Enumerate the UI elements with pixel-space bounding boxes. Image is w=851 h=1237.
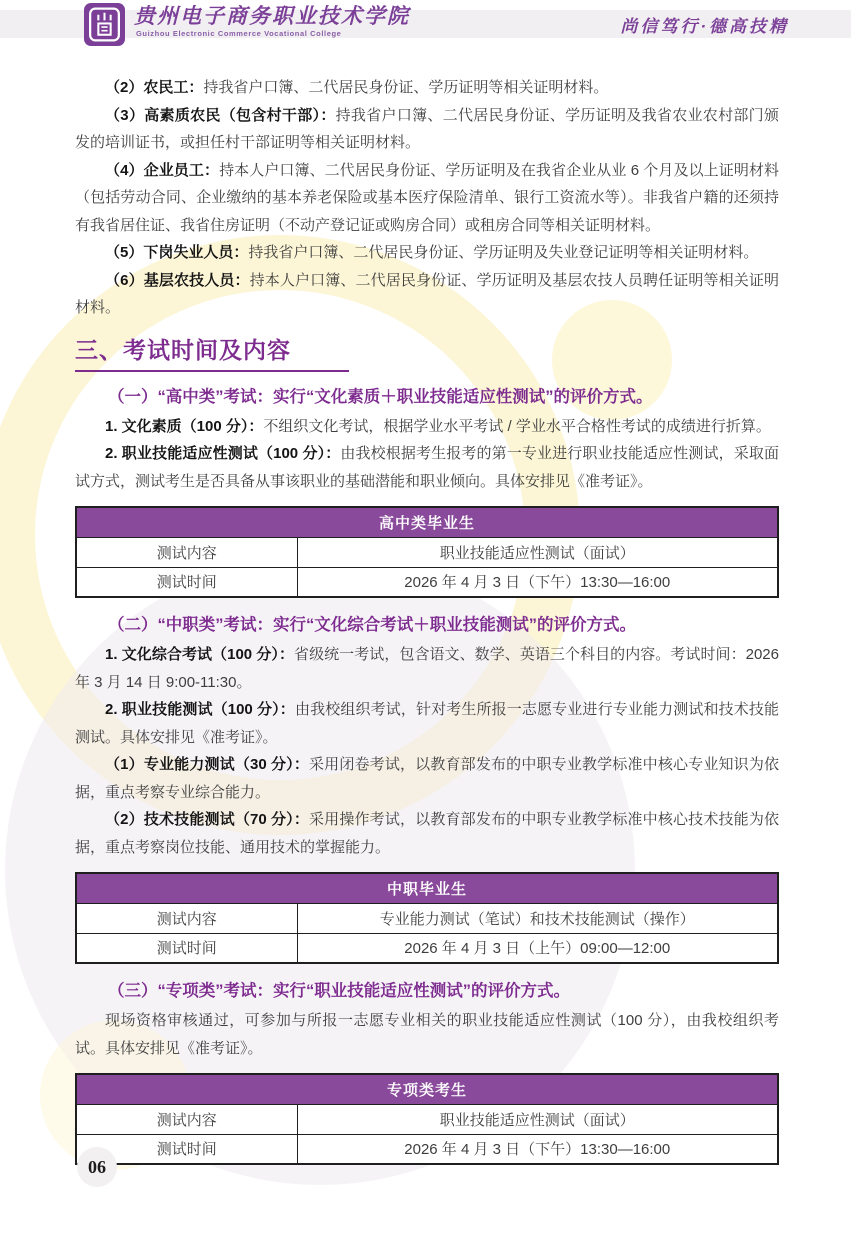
row-label-test-content: 测试内容 xyxy=(76,537,297,567)
sub2-paragraph-2-label: 2. 职业技能测试（100 分）： xyxy=(105,701,295,718)
document-page: 贵州电子商务职业技术学院 Guizhou Electronic Commerce… xyxy=(0,0,851,1237)
sub2-paragraph-1: 1. 文化综合考试（100 分）：省级统一考试，包含语文、数学、英语三个科目的内… xyxy=(75,641,779,696)
row-value-test-time: 2026 年 4 月 3 日（上午）09:00—12:00 xyxy=(297,933,778,963)
requirement-item-5: （5）下岗失业人员：持我省户口簿、二代居民身份证、学历证明及失业登记证明等相关证… xyxy=(75,239,779,267)
exam-table-senior-high-title: 高中类毕业生 xyxy=(76,507,778,537)
exam-table-special: 专项类考生 测试内容 职业技能适应性测试（面试） 测试时间 2026 年 4 月… xyxy=(75,1073,779,1165)
college-name-cn: 贵州电子商务职业技术学院 xyxy=(134,5,410,29)
table-row: 测试时间 2026 年 4 月 3 日（下午）13:30—16:00 xyxy=(76,1134,778,1164)
requirement-item-2-label: （2）农民工： xyxy=(105,79,203,96)
page-number-badge: 06 xyxy=(77,1147,117,1187)
sub2-paragraph-4: （2）技术技能测试（70 分）：采用操作考试，以教育部发布的中职专业教学标准中核… xyxy=(75,806,779,861)
college-identity: 贵州电子商务职业技术学院 Guizhou Electronic Commerce… xyxy=(134,5,410,39)
requirement-item-2-text: 持我省户口簿、二代居民身份证、学历证明等相关证明材料。 xyxy=(203,79,608,96)
document-body: （2）农民工：持我省户口簿、二代居民身份证、学历证明等相关证明材料。 （3）高素… xyxy=(75,74,779,1171)
sub2-paragraph-3-label: （1）专业能力测试（30 分）： xyxy=(105,756,309,773)
subsection-3-heading: （三）“专项类”考试：实行“职业技能适应性测试”的评价方式。 xyxy=(75,979,779,1003)
table-row: 测试内容 职业技能适应性测试（面试） xyxy=(76,1104,778,1134)
row-label-test-content: 测试内容 xyxy=(76,1104,297,1134)
sub2-paragraph-3: （1）专业能力测试（30 分）：采用闭卷考试，以教育部发布的中职专业教学标准中核… xyxy=(75,751,779,806)
exam-table-secondary-vocational: 中职毕业生 测试内容 专业能力测试（笔试）和技术技能测试（操作） 测试时间 20… xyxy=(75,872,779,964)
sub1-paragraph-2-label: 2. 职业技能适应性测试（100 分）： xyxy=(105,445,340,462)
subsection-1-heading: （一）“高中类”考试：实行“文化素质＋职业技能适应性测试”的评价方式。 xyxy=(75,385,779,409)
table-row: 测试内容 职业技能适应性测试（面试） xyxy=(76,537,778,567)
requirement-item-3-label: （3）高素质农民（包含村干部）： xyxy=(105,107,336,124)
row-value-test-content: 职业技能适应性测试（面试） xyxy=(297,1104,778,1134)
sub1-paragraph-1-label: 1. 文化素质（100 分）： xyxy=(105,418,263,435)
requirement-item-3: （3）高素质农民（包含村干部）：持我省户口簿、二代居民身份证、学历证明及我省农业… xyxy=(75,102,779,157)
sub1-paragraph-1: 1. 文化素质（100 分）：不组织文化考试，根据学业水平考试 / 学业水平合格… xyxy=(75,413,779,441)
requirement-item-2: （2）农民工：持我省户口簿、二代居民身份证、学历证明等相关证明材料。 xyxy=(75,74,779,102)
table-row: 测试内容 专业能力测试（笔试）和技术技能测试（操作） xyxy=(76,903,778,933)
requirement-item-6-label: （6）基层农技人员： xyxy=(105,272,250,289)
table-row: 测试时间 2026 年 4 月 3 日（下午）13:30—16:00 xyxy=(76,567,778,597)
sub1-paragraph-1-text: 不组织文化考试，根据学业水平考试 / 学业水平合格性考试的成绩进行折算。 xyxy=(263,418,771,435)
subsection-2-heading: （二）“中职类”考试：实行“文化综合考试＋职业技能测试”的评价方式。 xyxy=(75,613,779,637)
requirement-item-6: （6）基层农技人员：持本人户口簿、二代居民身份证、学历证明及基层农技人员聘任证明… xyxy=(75,267,779,322)
requirement-item-5-text: 持我省户口簿、二代居民身份证、学历证明及失业登记证明等相关证明材料。 xyxy=(248,244,758,261)
page-header: 贵州电子商务职业技术学院 Guizhou Electronic Commerce… xyxy=(0,0,851,52)
sub2-paragraph-1-label: 1. 文化综合考试（100 分）： xyxy=(105,646,294,663)
section-title-wrap: 三、考试时间及内容 xyxy=(75,332,779,372)
sub1-paragraph-2: 2. 职业技能适应性测试（100 分）：由我校根据考生报考的第一专业进行职业技能… xyxy=(75,440,779,495)
row-value-test-content: 专业能力测试（笔试）和技术技能测试（操作） xyxy=(297,903,778,933)
row-label-test-time: 测试时间 xyxy=(76,933,297,963)
sub3-paragraph-1-text: 现场资格审核通过，可参加与所报一志愿专业相关的职业技能适应性测试（100 分），… xyxy=(75,1012,779,1057)
college-name-en: Guizhou Electronic Commerce Vocational C… xyxy=(136,29,410,39)
row-label-test-content: 测试内容 xyxy=(76,903,297,933)
row-label-test-time: 测试时间 xyxy=(76,567,297,597)
requirement-item-4: （4）企业员工：持本人户口簿、二代居民身份证、学历证明及在我省企业从业 6 个月… xyxy=(75,157,779,240)
row-value-test-content: 职业技能适应性测试（面试） xyxy=(297,537,778,567)
college-seal-icon xyxy=(84,3,125,46)
exam-table-secondary-vocational-title: 中职毕业生 xyxy=(76,873,778,903)
sub3-paragraph-1: 现场资格审核通过，可参加与所报一志愿专业相关的职业技能适应性测试（100 分），… xyxy=(75,1007,779,1062)
school-motto: 尚信笃行·德高技精 xyxy=(620,12,789,37)
exam-table-special-title: 专项类考生 xyxy=(76,1074,778,1104)
table-row: 测试时间 2026 年 4 月 3 日（上午）09:00—12:00 xyxy=(76,933,778,963)
sub2-paragraph-2: 2. 职业技能测试（100 分）：由我校组织考试，针对考生所报一志愿专业进行专业… xyxy=(75,696,779,751)
requirement-item-5-label: （5）下岗失业人员： xyxy=(105,244,248,261)
row-value-test-time: 2026 年 4 月 3 日（下午）13:30—16:00 xyxy=(297,567,778,597)
section-title: 三、考试时间及内容 xyxy=(75,332,349,372)
requirement-item-4-label: （4）企业员工： xyxy=(105,162,219,179)
row-value-test-time: 2026 年 4 月 3 日（下午）13:30—16:00 xyxy=(297,1134,778,1164)
sub2-paragraph-4-label: （2）技术技能测试（70 分）： xyxy=(105,811,309,828)
exam-table-senior-high: 高中类毕业生 测试内容 职业技能适应性测试（面试） 测试时间 2026 年 4 … xyxy=(75,506,779,598)
